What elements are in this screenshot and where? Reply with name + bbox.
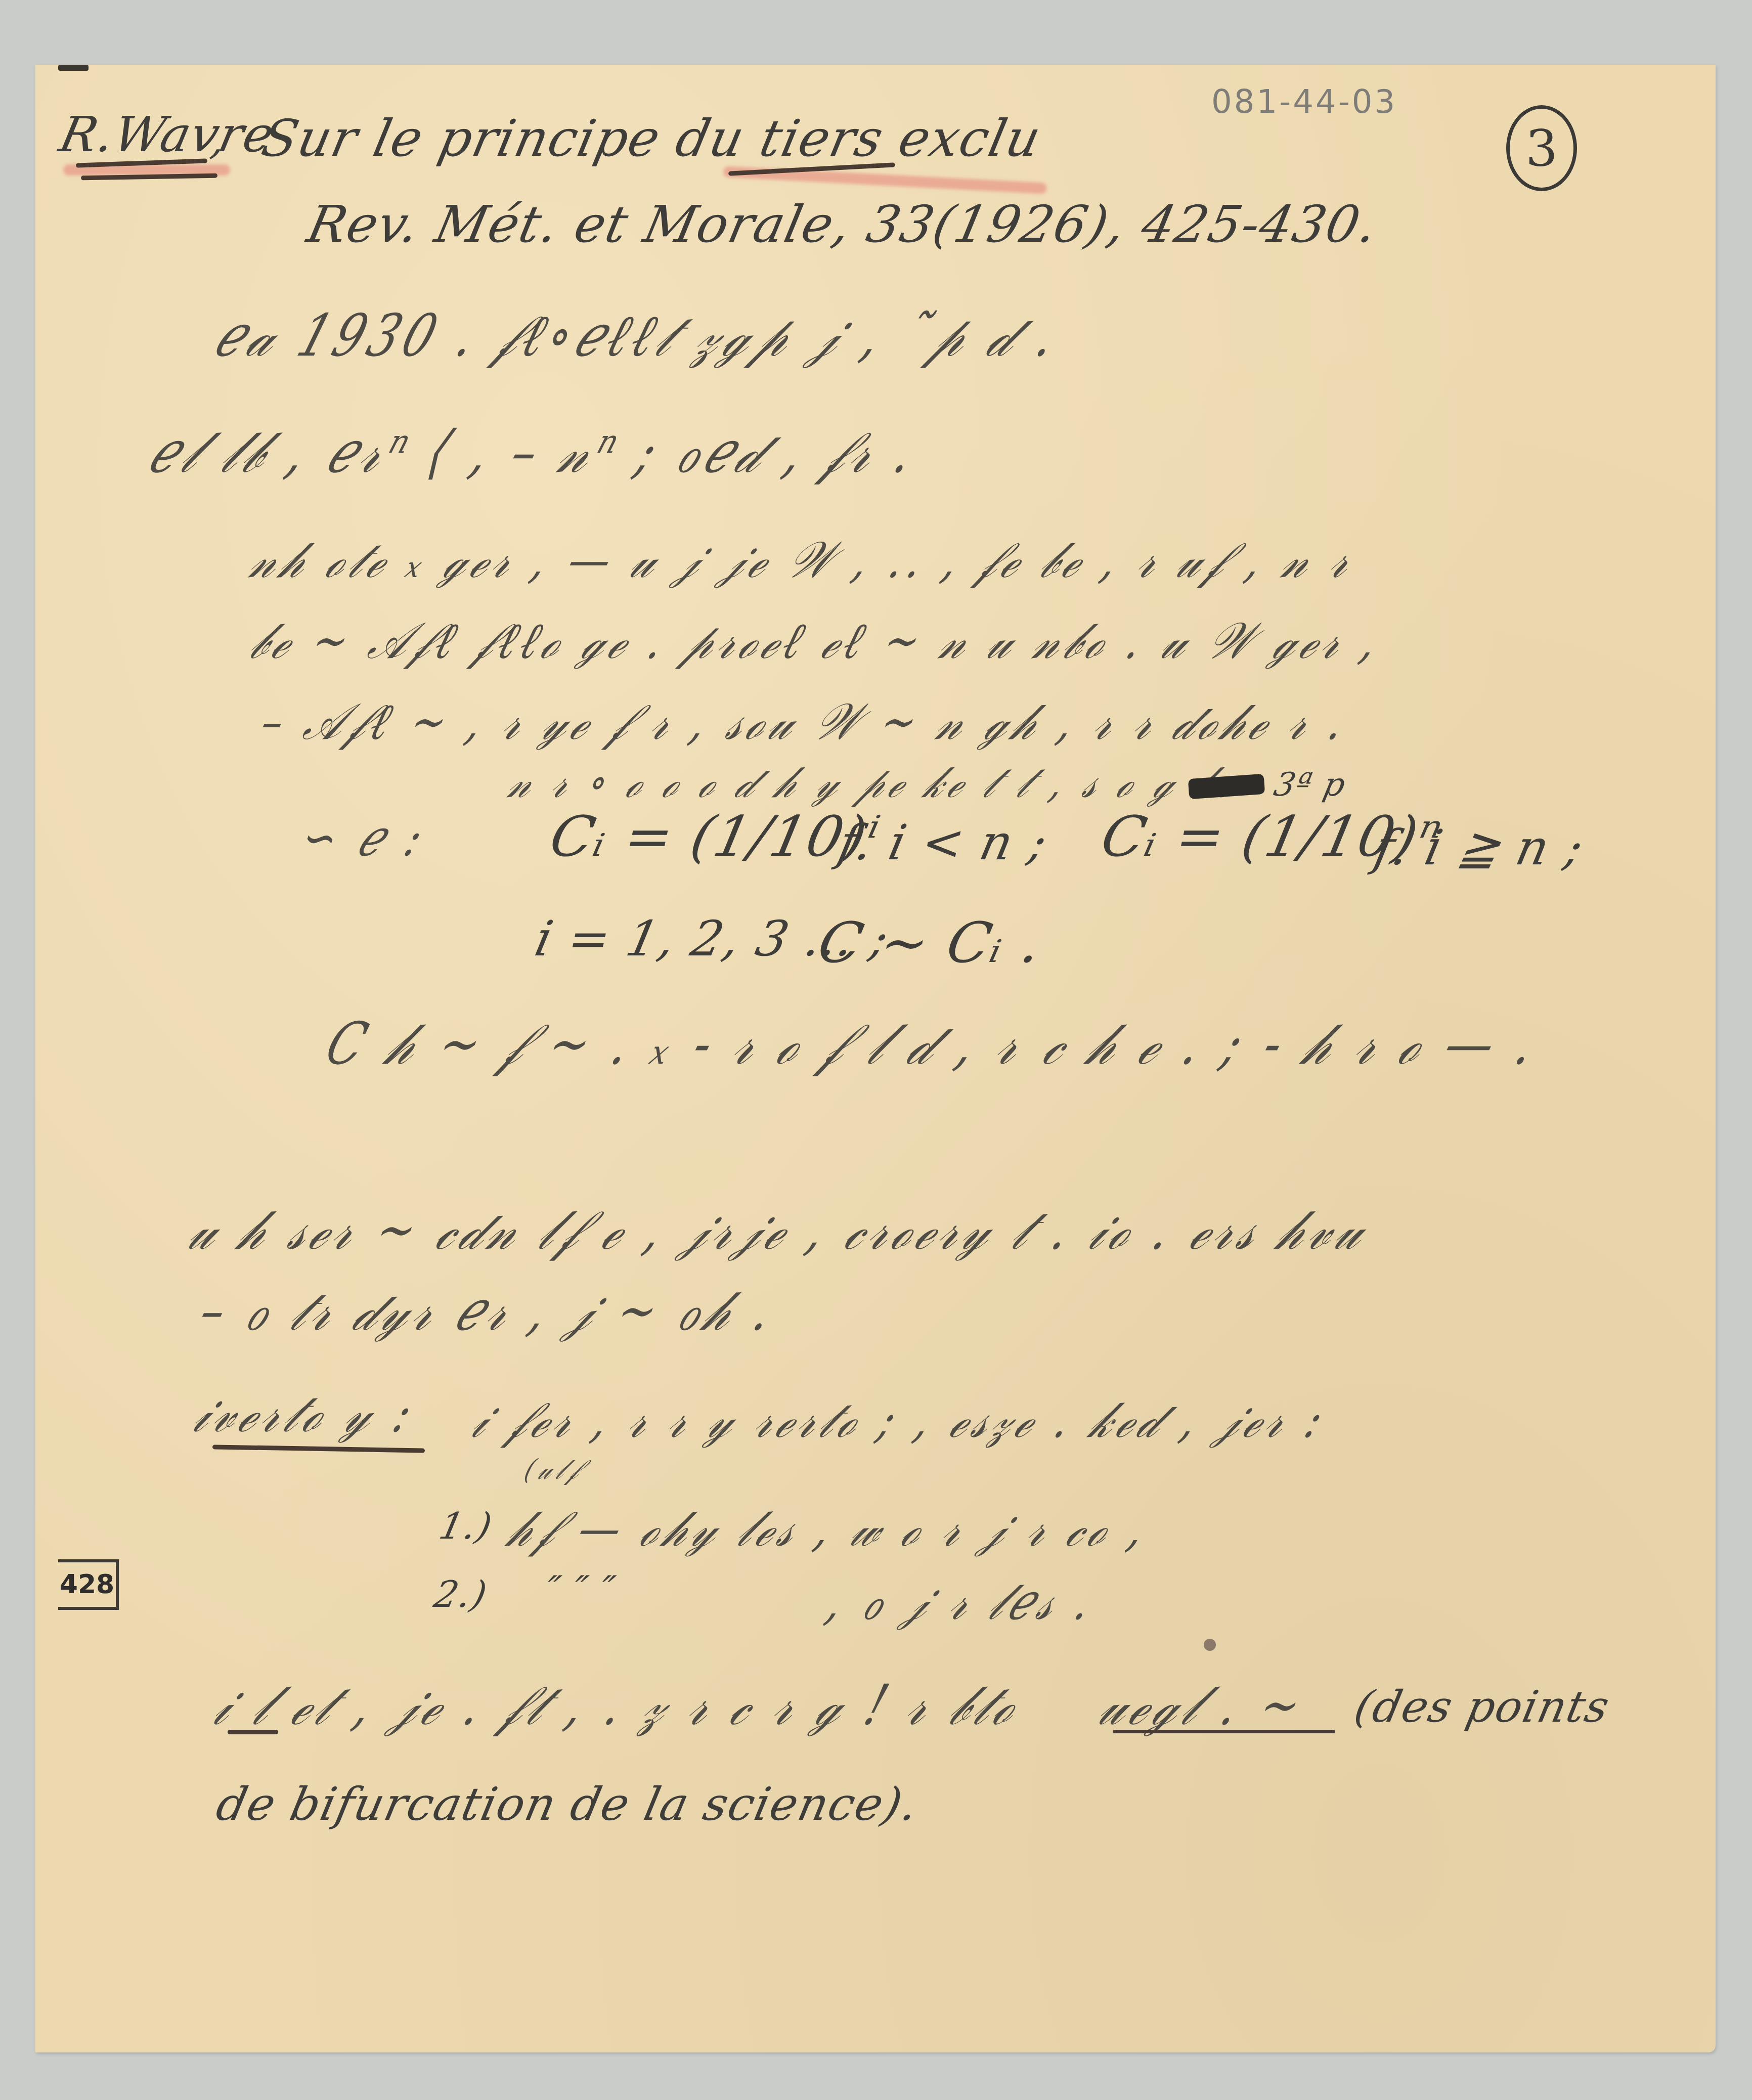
formula-condition-a: f. i < n ; <box>834 814 1053 871</box>
formula-ci-a: Cᵢ = (1/10)ⁱ <box>544 804 886 869</box>
shorthand-line-2: ℯ𝓁 𝓁𝒷 , ℯ𝓇ⁿ ⟨ , – 𝓃ⁿ ; ℴℯ𝒹 , 𝒻𝓇 . <box>141 418 928 487</box>
formula-condition-b: f. i ≧ n ; <box>1370 819 1589 876</box>
item-2-text: , ℴ 𝒿 𝓇 𝓁ℯ𝓈 . <box>820 1572 1105 1632</box>
line-15-underline <box>1113 1730 1335 1733</box>
shorthand-line-5: – 𝒜𝒻ℓ ~ , 𝓇 𝓎ℯ 𝒻 𝓇 , 𝓈ℴ𝓊 𝒲 ∼ 𝓃 ℊ𝒽 , 𝓇 𝓇 … <box>253 692 1359 752</box>
archive-number: 081-44-03 <box>1211 83 1397 121</box>
item-1-text: 𝒽𝒻 — ℴ𝒽𝓎 𝓁ℯ𝓈 , 𝓌 ℴ 𝓇 𝒿 𝓇 𝒸ℴ , <box>501 1499 1159 1558</box>
superscript-insertion: (𝓊𝓁𝒻 <box>521 1454 590 1486</box>
shorthand-line-15a: 𝒾 𝓁 ℯ𝓉 , 𝒿ℯ . 𝒻𝓉 , . 𝓏 𝓇 𝒸 𝓇 ℊ ! 𝓇 𝒷𝓉ℴ <box>207 1673 1032 1739</box>
circled-page-number: 3 <box>1506 105 1577 191</box>
line-15-underline-start <box>228 1730 278 1734</box>
shorthand-line-12: 𝒾 𝒻ℯ𝓇 , 𝓇 𝓇 𝓎 𝓇ℯ𝓇𝓉ℴ ; , ℯ𝓈𝓏ℯ . 𝓀ℯ𝒹 , 𝒿ℯ𝓇… <box>466 1390 1336 1450</box>
line-6-tail: 3ª p <box>1271 766 1349 804</box>
item-2-number: 2.) <box>430 1573 492 1615</box>
ink-mark-top <box>58 65 89 71</box>
shorthand-line-9b: 𝒸 𝒽 ℯ . ; - 𝒽 𝓇 ℴ — . <box>1036 1010 1549 1078</box>
shorthand-line-15b: 𝓊ℯℊ𝓁 . ~ <box>1092 1673 1316 1739</box>
citation: Rev. Mét. et Morale, 33(1926), 425-430. <box>302 195 1383 254</box>
shorthand-line-10: 𝓊 𝒽 𝓈ℯ𝓇 ~ 𝒸𝒹𝓃 𝓁𝒻 ℯ , 𝒿𝓇𝒿ℯ , 𝒸𝓇ℴℯ𝓇𝓎 𝓉 . 𝒾… <box>182 1197 1379 1263</box>
des-points-text: (des points <box>1350 1682 1614 1732</box>
shorthand-line-1: ℯ𝒶 1930 . 𝒻ℓ∘ℯℓℓ𝓉 𝓏ℊ𝓅 𝒿 , ˜𝓅 𝒹 . <box>206 301 1070 370</box>
shorthand-line-4: 𝒷ℯ ~ 𝒜𝒻ℓ 𝒻ℓℓℴ ℊℯ . 𝓅𝓇ℴℯℓ ℯℓ ∼ 𝓃 𝓊 𝓃𝒷ℴ . … <box>243 611 1391 671</box>
shorthand-line-11: – ℴ 𝓉𝓇 𝒹𝓎𝓇 ℯ𝓇 , 𝒿 ~ ℴ𝒽 . <box>192 1278 786 1344</box>
shorthand-line-3: 𝓃𝒽 ℴ𝓉ℯ ₓ ℊℯ𝓇 , — 𝓊 𝒿 𝒿ℯ 𝒲 , .. , 𝒻ℯ 𝒷ℯ ,… <box>243 530 1364 590</box>
shorthand-line-9a: C 𝒽 ~ 𝒻 ~ . ₓ - 𝓇 ℴ 𝒻 𝓁 𝒹 , 𝓇 <box>318 1010 1035 1078</box>
paper-title: Sur le principe du tiers exclu <box>257 109 1047 168</box>
formula-c-relation: C ∼ Cᵢ . <box>812 910 1048 975</box>
margin-page-reference: 428 <box>58 1559 119 1610</box>
bifurcation-text: de bifurcation de la science). <box>212 1778 924 1831</box>
item-2-ditto-marks: ″ ″ ″ <box>542 1568 620 1610</box>
ink-spot <box>1204 1639 1216 1651</box>
item-1-number: 1.) <box>435 1505 497 1547</box>
author-name: R.Wavre <box>55 106 280 163</box>
example-label: ∽ ℯ : <box>294 808 435 867</box>
shorthand-line-6: 𝓃 𝓇 ∘ ℴ ℴ ℴ 𝒹 𝒽 𝓎 𝓅ℯ 𝓀ℯ 𝓉 𝓉 , 𝓈 ℴ ℊ 𝓀ℯ <box>502 756 1248 809</box>
section-label-shorthand: 𝒾𝓋ℯ𝓇𝓉ℴ 𝓎 : <box>187 1382 425 1445</box>
